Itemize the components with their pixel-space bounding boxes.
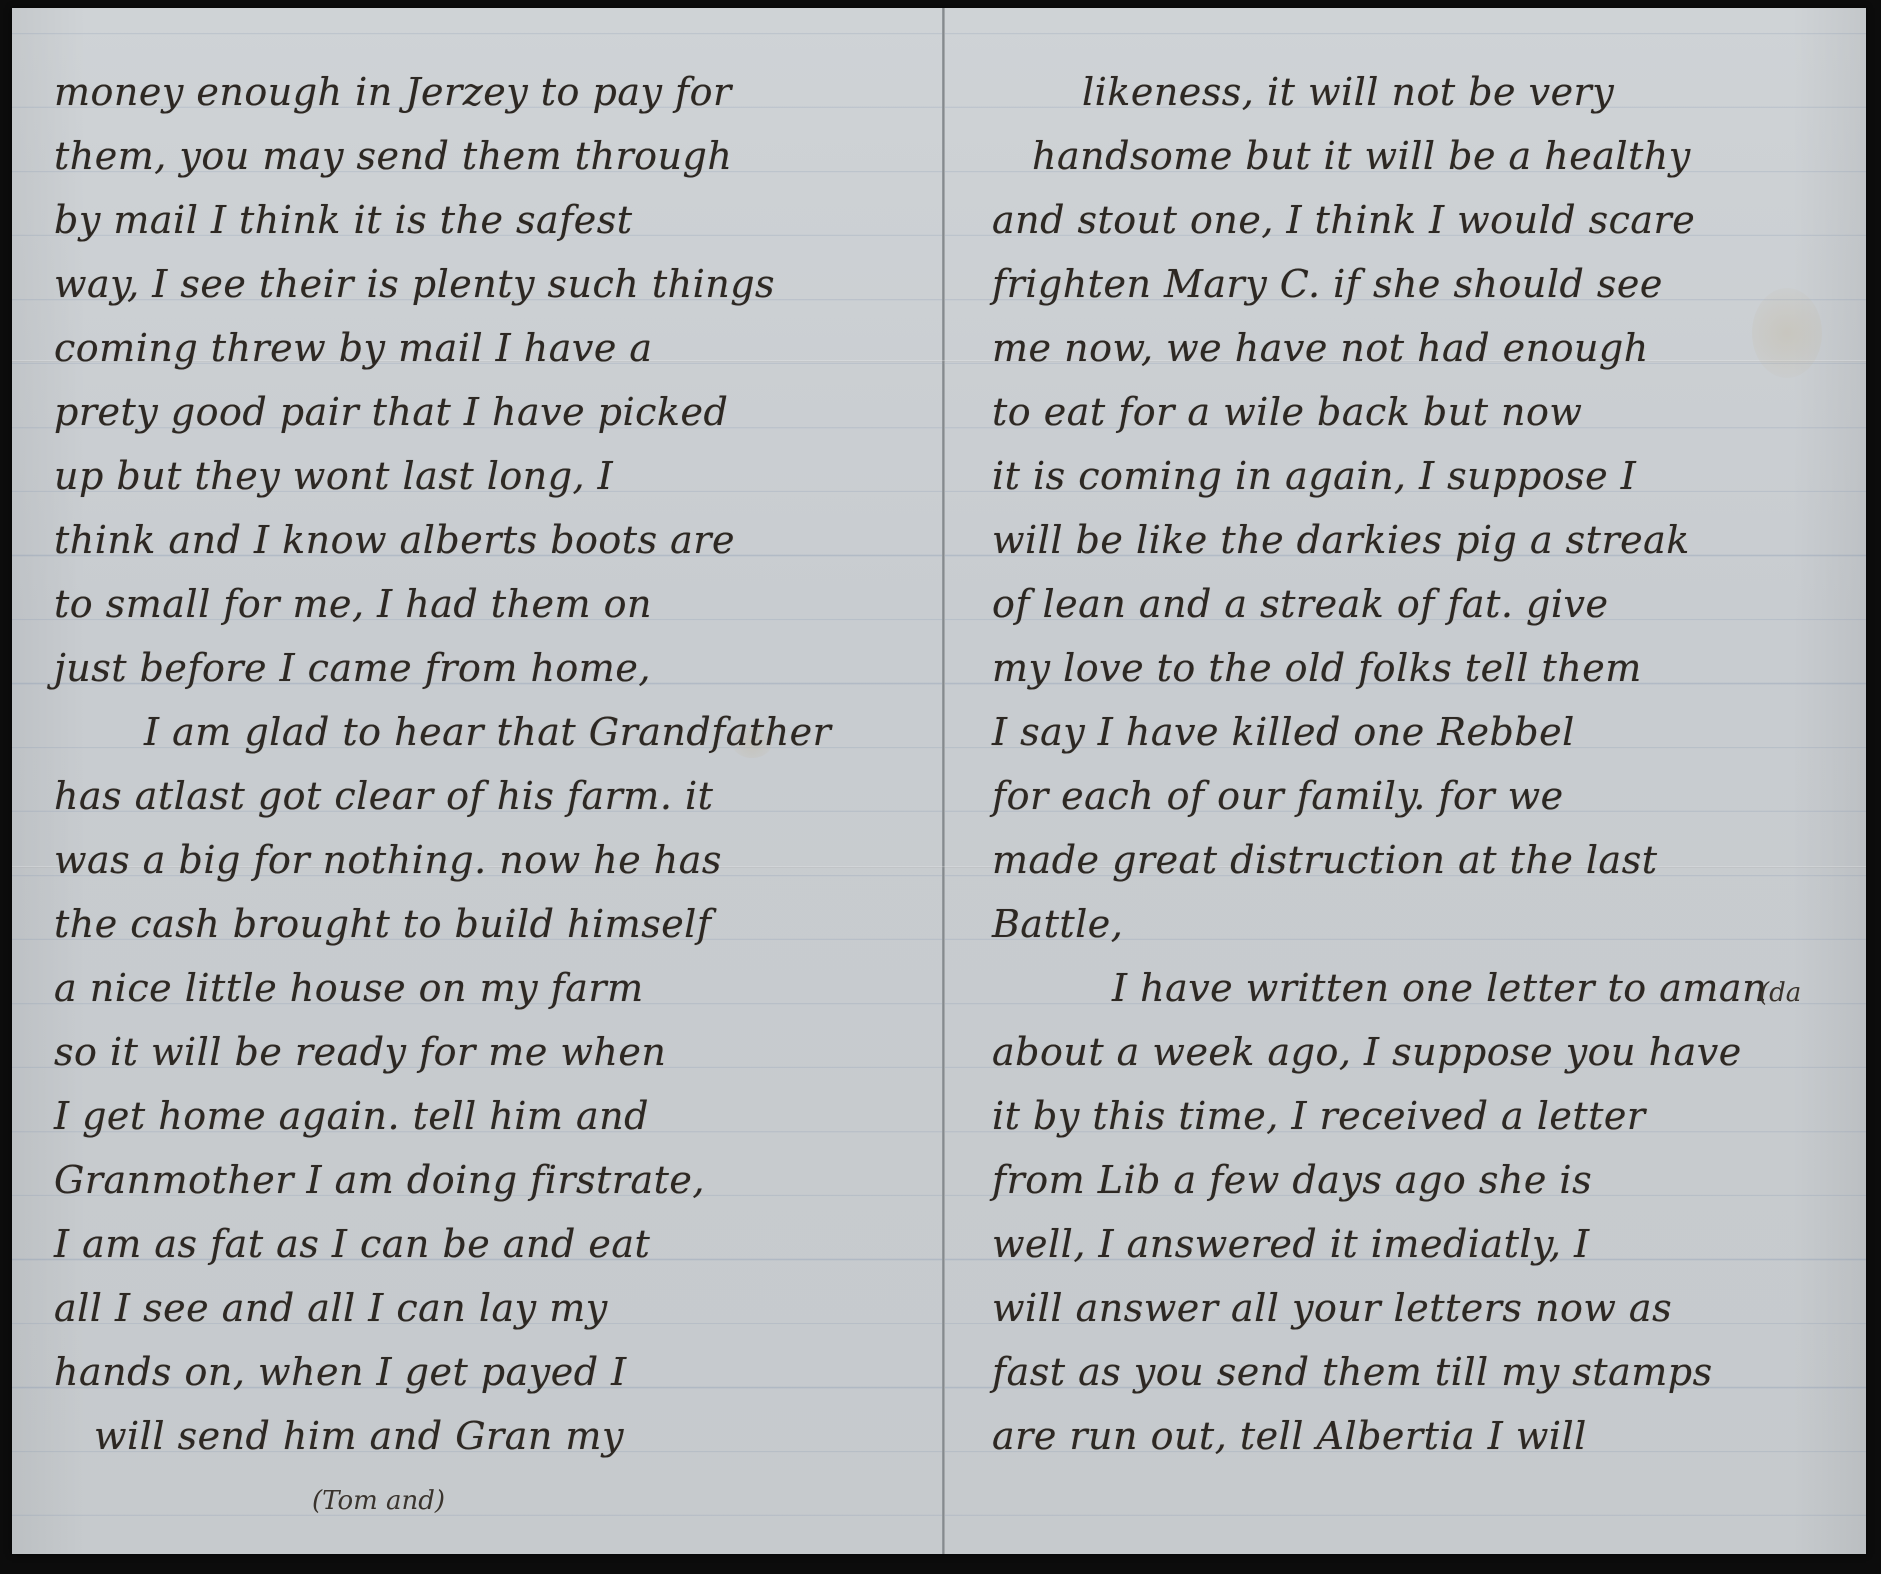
- letter-line: money enough in Jerzey to pay for: [54, 60, 924, 124]
- letter-line: to small for me, I had them on: [54, 572, 924, 636]
- letter-line: about a week ago, I suppose you have: [992, 1020, 1846, 1084]
- letter-line: so it will be ready for me when: [54, 1020, 924, 1084]
- letter-line: will be like the darkies pig a streak: [992, 508, 1846, 572]
- paragraph-start-line: I have written one letter to aman: [992, 956, 1846, 1020]
- letter-line: all I see and all I can lay my: [54, 1276, 924, 1340]
- letter-line: handsome but it will be a healthy: [992, 124, 1846, 188]
- letter-line: the cash brought to build himself: [54, 892, 924, 956]
- paragraph-start-line: I am glad to hear that Grandfather: [54, 700, 924, 764]
- letter-line: my love to the old folks tell them: [992, 636, 1846, 700]
- handwritten-insertion: (Tom and): [312, 1488, 445, 1514]
- letter-line-with-strikeout: and stout one, I think I would scare: [992, 188, 1846, 252]
- left-page: money enough in Jerzey to pay for them, …: [12, 8, 944, 1554]
- letter-line: Battle,: [992, 892, 1846, 956]
- letter-line: Granmother I am doing firstrate,: [54, 1148, 924, 1212]
- letter-line: up but they wont last long, I: [54, 444, 924, 508]
- letter-line: by mail I think it is the safest: [54, 188, 924, 252]
- letter-line: fast as you send them till my stamps: [992, 1340, 1846, 1404]
- letter-line: frighten Mary C. if she should see: [992, 252, 1846, 316]
- right-page: likeness, it will not be very handsome b…: [944, 8, 1866, 1554]
- letter-line: a nice little house on my farm: [54, 956, 924, 1020]
- handwritten-insertion: (da: [1759, 980, 1801, 1006]
- letter-line: was a big for nothing. now he has: [54, 828, 924, 892]
- letter-line: are run out, tell Albertia I will: [992, 1404, 1846, 1468]
- letter-sheet: money enough in Jerzey to pay for them, …: [12, 8, 1866, 1554]
- letter-line: for each of our family. for we: [992, 764, 1846, 828]
- letter-line: just before I came from home,: [54, 636, 924, 700]
- letter-line: way, I see their is plenty such things: [54, 252, 924, 316]
- letter-line: them, you may send them through: [54, 124, 924, 188]
- letter-line: likeness, it will not be very: [992, 60, 1846, 124]
- letter-line: will answer all your letters now as: [992, 1276, 1846, 1340]
- letter-line: to eat for a wile back but now: [992, 380, 1846, 444]
- letter-line: has atlast got clear of his farm. it: [54, 764, 924, 828]
- letter-line: think and I know alberts boots are: [54, 508, 924, 572]
- letter-line-with-strikeout: will send him and Gran my: [54, 1404, 924, 1468]
- letter-line: hands on, when I get payed I: [54, 1340, 924, 1404]
- letter-line: it is coming in again, I suppose I: [992, 444, 1846, 508]
- letter-line: well, I answered it imediatly, I: [992, 1212, 1846, 1276]
- letter-line: me now, we have not had enough: [992, 316, 1846, 380]
- letter-line: I get home again. tell him and: [54, 1084, 924, 1148]
- letter-line: I say I have killed one Rebbel: [992, 700, 1846, 764]
- letter-line: prety good pair that I have picked: [54, 380, 924, 444]
- letter-line: made great distruction at the last: [992, 828, 1846, 892]
- letter-line: coming threw by mail I have a: [54, 316, 924, 380]
- letter-line: I am as fat as I can be and eat: [54, 1212, 924, 1276]
- letter-line: from Lib a few days ago she is: [992, 1148, 1846, 1212]
- letter-line: it by this time, I received a letter: [992, 1084, 1846, 1148]
- letter-line: of lean and a streak of fat. give: [992, 572, 1846, 636]
